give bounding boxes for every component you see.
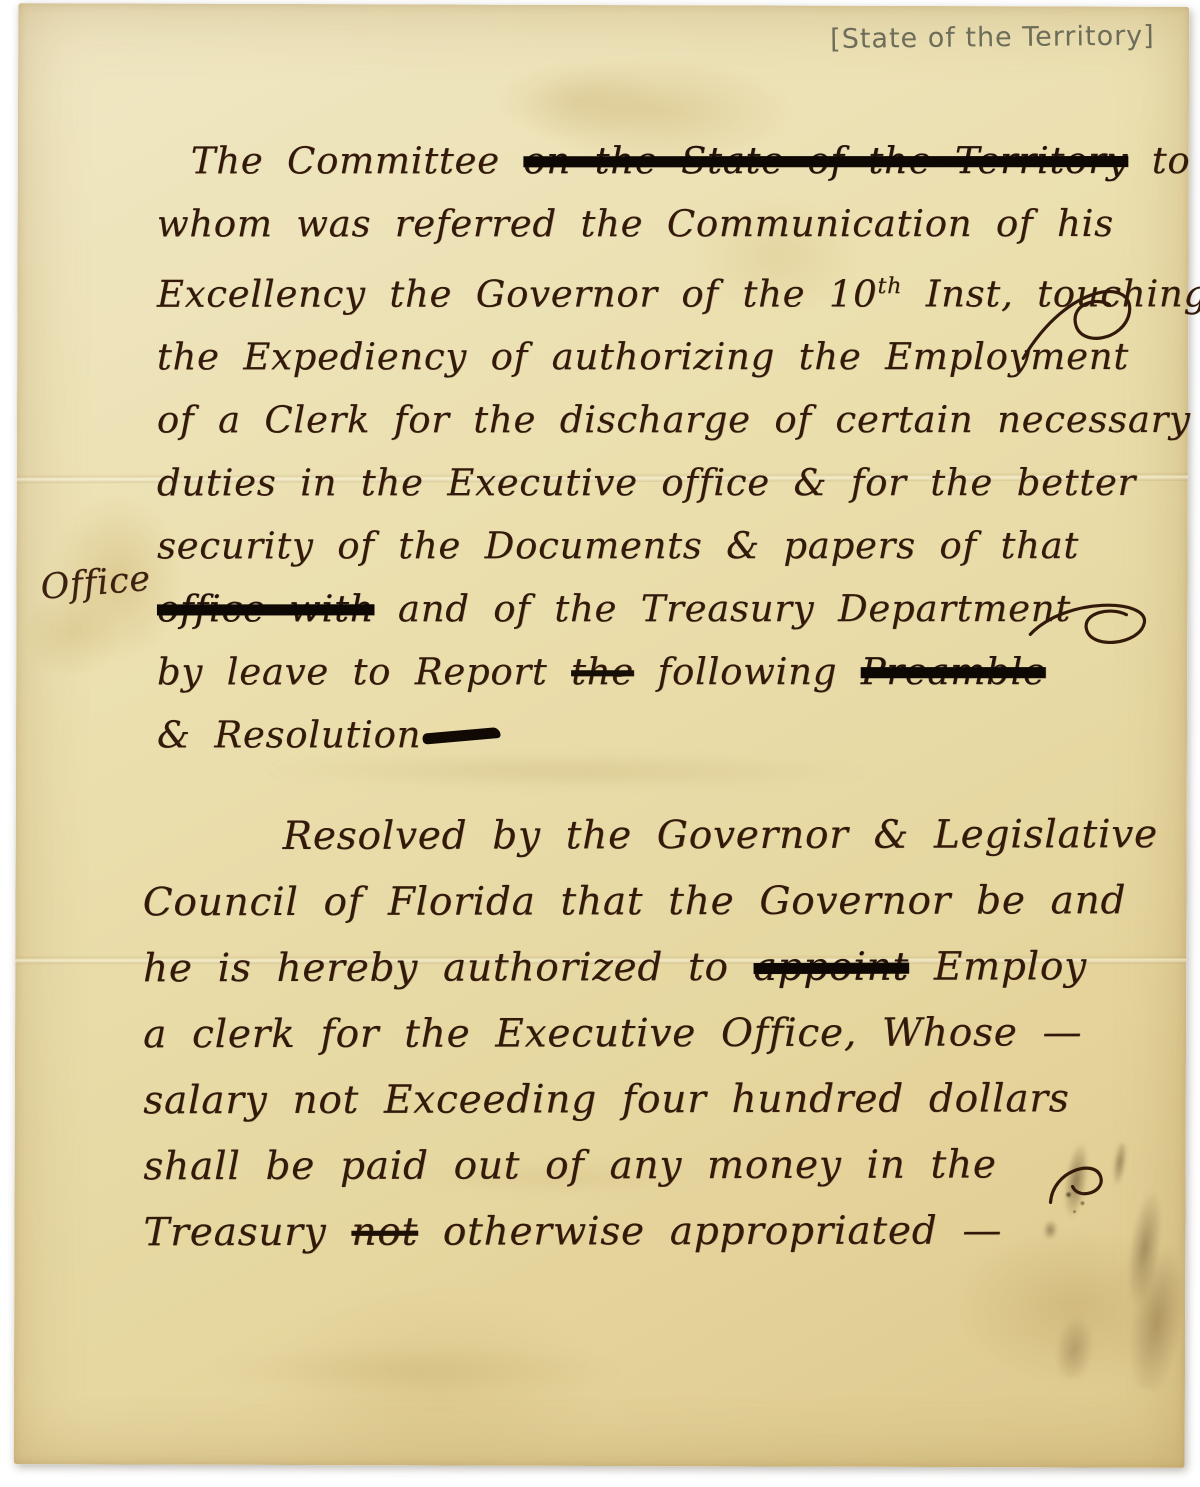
text-segment: security of the Documents & papers of th…: [157, 524, 1079, 567]
text-segment: Excellency the Governor of the 10: [157, 272, 878, 315]
text-segment: by leave to Report: [157, 651, 571, 694]
manuscript-page: [State of the Territory] The Committee o…: [14, 3, 1190, 1468]
text-segment: of a Clerk for the discharge of certain …: [157, 398, 1191, 441]
text-segment: the Expediency of authorizing the Employ…: [157, 335, 1129, 378]
manuscript-line: shall be paid out of any money in the: [143, 1132, 1168, 1200]
scan-background: [State of the Territory] The Committee o…: [0, 0, 1200, 1487]
text-segment: Council of Florida that the Governor be …: [143, 878, 1127, 925]
text-segment: whom was referred the Communication of h…: [157, 202, 1114, 245]
manuscript-line: the Expediency of authorizing the Employ…: [157, 325, 1172, 388]
ink-stroke: [422, 727, 501, 745]
manuscript-line: by leave to Report the following Preambl…: [157, 640, 1172, 703]
text-segment: duties in the Executive office & for the…: [157, 461, 1136, 504]
superscript-segment: th: [877, 273, 902, 299]
text-segment: salary not Exceeding four hundred dollar…: [143, 1076, 1069, 1123]
manuscript-line: of a Clerk for the discharge of certain …: [157, 388, 1172, 451]
manuscript-line: security of the Documents & papers of th…: [157, 514, 1172, 577]
paragraph-resolution: Resolved by the Governor & Legislative C…: [143, 802, 1169, 1266]
manuscript-line: a clerk for the Executive Office, Whose …: [143, 1000, 1168, 1068]
struck-text-segment: on the State of the Territory: [523, 139, 1128, 182]
text-segment: Treasury: [143, 1210, 351, 1255]
text-segment: and of the Treasury Department: [374, 587, 1071, 630]
manuscript-line: Resolved by the Governor & Legislative: [143, 802, 1168, 870]
manuscript-line: whom was referred the Communication of h…: [157, 192, 1172, 255]
text-segment: Employ: [909, 944, 1087, 989]
bleed-through-smear: [134, 1334, 694, 1406]
manuscript-line: he is hereby authorized to appoint Emplo…: [143, 934, 1168, 1002]
margin-note-office: Office: [39, 559, 152, 608]
struck-text-segment: the: [571, 651, 634, 694]
text-segment: following: [634, 650, 861, 693]
struck-text-segment: office with: [157, 588, 374, 631]
text-segment: a clerk for the Executive Office, Whose …: [143, 1010, 1082, 1057]
manuscript-line: office with and of the Treasury Departme…: [157, 577, 1172, 640]
text-segment: Inst, touching: [902, 272, 1200, 315]
text-segment: he is hereby authorized to: [143, 945, 754, 991]
struck-text-segment: Preamble: [861, 650, 1046, 693]
manuscript-line: duties in the Executive office & for the…: [157, 451, 1172, 514]
text-segment: Resolved by the Governor & Legislative: [283, 812, 1158, 859]
struck-text-segment: appoint: [754, 945, 909, 990]
paragraph-committee-report: The Committee on the State of the Territ…: [157, 129, 1172, 767]
text-segment: otherwise appropriated —: [418, 1208, 1002, 1254]
manuscript-line: salary not Exceeding four hundred dollar…: [143, 1066, 1168, 1134]
manuscript-line: The Committee on the State of the Territ…: [157, 129, 1172, 192]
manuscript-line: Council of Florida that the Governor be …: [143, 868, 1168, 936]
text-segment: to: [1128, 139, 1190, 182]
text-segment: & Resolution: [157, 714, 421, 757]
archival-annotation: [State of the Territory]: [830, 20, 1155, 55]
text-segment: shall be paid out of any money in the: [143, 1142, 996, 1189]
barred-text-segment: not: [351, 1210, 418, 1255]
manuscript-line: Excellency the Governor of the 10th Inst…: [157, 255, 1172, 326]
text-segment: The Committee: [191, 139, 524, 182]
manuscript-line: & Resolution: [157, 703, 1172, 766]
manuscript-line: Treasury not otherwise appropriated —: [143, 1198, 1168, 1266]
